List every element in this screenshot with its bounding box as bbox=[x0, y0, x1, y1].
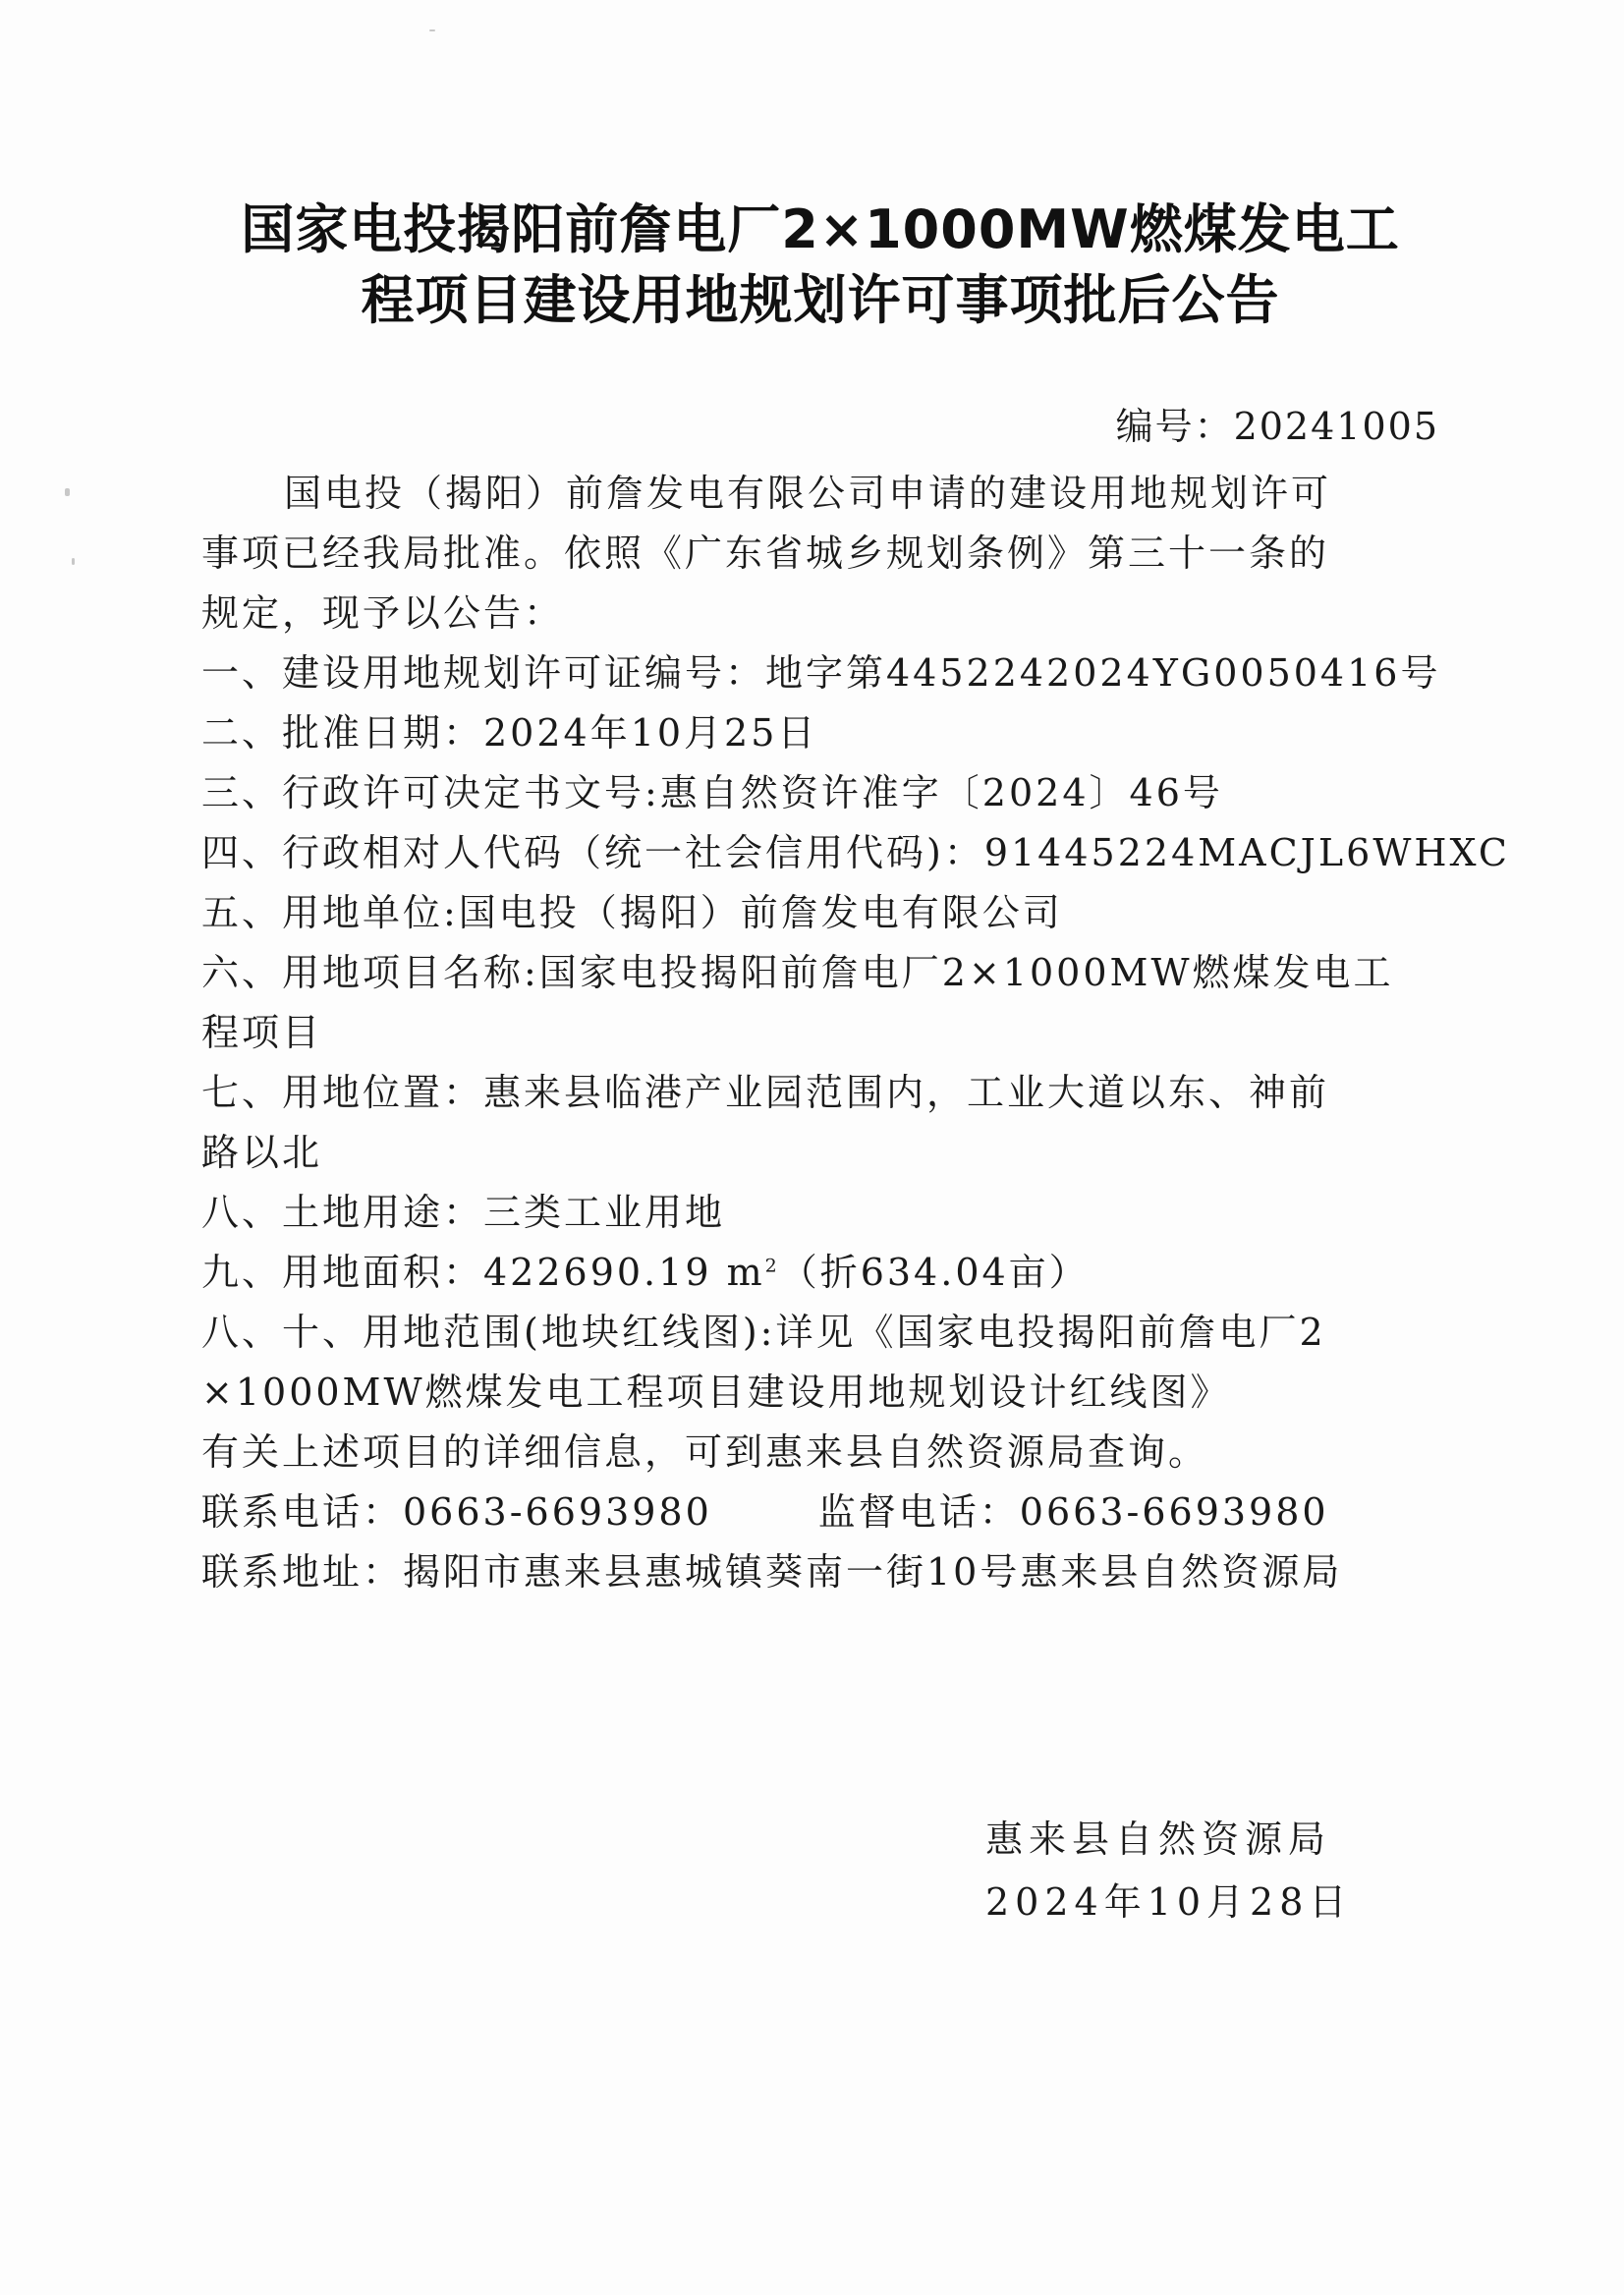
scan-artifact bbox=[72, 558, 75, 565]
phone-line: 联系电话：0663-6693980监督电话：0663-6693980 bbox=[201, 1483, 1444, 1542]
intro-line-3: 规定，现予以公告： bbox=[201, 584, 1444, 644]
scan-artifact bbox=[429, 29, 435, 31]
item-land-unit: 五、用地单位:国电投（揭阳）前詹发电有限公司 bbox=[201, 883, 1444, 943]
document-body: 国电投（揭阳）前詹发电有限公司申请的建设用地规划许可 事项已经我局批准。依照《广… bbox=[201, 464, 1444, 1602]
item-approval-date: 二、批准日期：2024年10月25日 bbox=[201, 703, 1444, 763]
item-project-name-cont: 程项目 bbox=[201, 1003, 1444, 1063]
item-land-scope: 八、十、用地范围(地块红线图):详见《国家电投揭阳前詹电厂2 bbox=[201, 1303, 1444, 1363]
scan-artifact bbox=[65, 488, 70, 496]
land-area-value: 九、用地面积：422690.19 m bbox=[201, 1251, 765, 1294]
title-line-1: 国家电投揭阳前詹电厂2×1000MW燃煤发电工 bbox=[196, 195, 1444, 265]
supervision-phone: 监督电话：0663-6693980 bbox=[818, 1490, 1329, 1534]
document-number: 编号：20241005 bbox=[1116, 403, 1439, 450]
item-land-area: 九、用地面积：422690.19 m2（折634.04亩） bbox=[201, 1243, 1444, 1303]
item-project-name: 六、用地项目名称:国家电投揭阳前詹电厂2×1000MW燃煤发电工 bbox=[201, 943, 1444, 1003]
item-credit-code: 四、行政相对人代码（统一社会信用代码)：91445224MACJL6WHXC bbox=[201, 823, 1444, 883]
intro-line-2: 事项已经我局批准。依照《广东省城乡规划条例》第三十一条的 bbox=[201, 524, 1444, 584]
signature-block: 惠来县自然资源局 2024年10月28日 bbox=[985, 1808, 1352, 1933]
item-land-location: 七、用地位置：惠来县临港产业园范围内，工业大道以东、神前 bbox=[201, 1063, 1444, 1123]
item-land-use: 八、土地用途：三类工业用地 bbox=[201, 1183, 1444, 1243]
contact-address: 联系地址：揭阳市惠来县惠城镇葵南一街10号惠来县自然资源局 bbox=[201, 1542, 1444, 1602]
contact-phone: 联系电话：0663-6693980 bbox=[201, 1490, 712, 1534]
item-permit-number: 一、建设用地规划许可证编号：地字第4452242024YG0050416号 bbox=[201, 644, 1444, 703]
square-superscript: 2 bbox=[765, 1255, 780, 1276]
intro-line-1: 国电投（揭阳）前詹发电有限公司申请的建设用地规划许可 bbox=[201, 464, 1444, 524]
issue-date: 2024年10月28日 bbox=[985, 1871, 1352, 1933]
document-page: 国家电投揭阳前詹电厂2×1000MW燃煤发电工 程项目建设用地规划许可事项批后公… bbox=[0, 0, 1624, 2295]
item-land-scope-cont: ×1000MW燃煤发电工程项目建设用地规划设计红线图》 bbox=[201, 1363, 1444, 1423]
info-line: 有关上述项目的详细信息，可到惠来县自然资源局查询。 bbox=[201, 1423, 1444, 1483]
land-area-conversion: （折634.04亩） bbox=[780, 1251, 1090, 1294]
document-title: 国家电投揭阳前詹电厂2×1000MW燃煤发电工 程项目建设用地规划许可事项批后公… bbox=[196, 195, 1444, 336]
title-line-2: 程项目建设用地规划许可事项批后公告 bbox=[196, 265, 1444, 336]
item-land-location-cont: 路以北 bbox=[201, 1123, 1444, 1183]
issuer-name: 惠来县自然资源局 bbox=[985, 1808, 1352, 1871]
item-decision-number: 三、行政许可决定书文号:惠自然资许准字〔2024〕46号 bbox=[201, 763, 1444, 823]
